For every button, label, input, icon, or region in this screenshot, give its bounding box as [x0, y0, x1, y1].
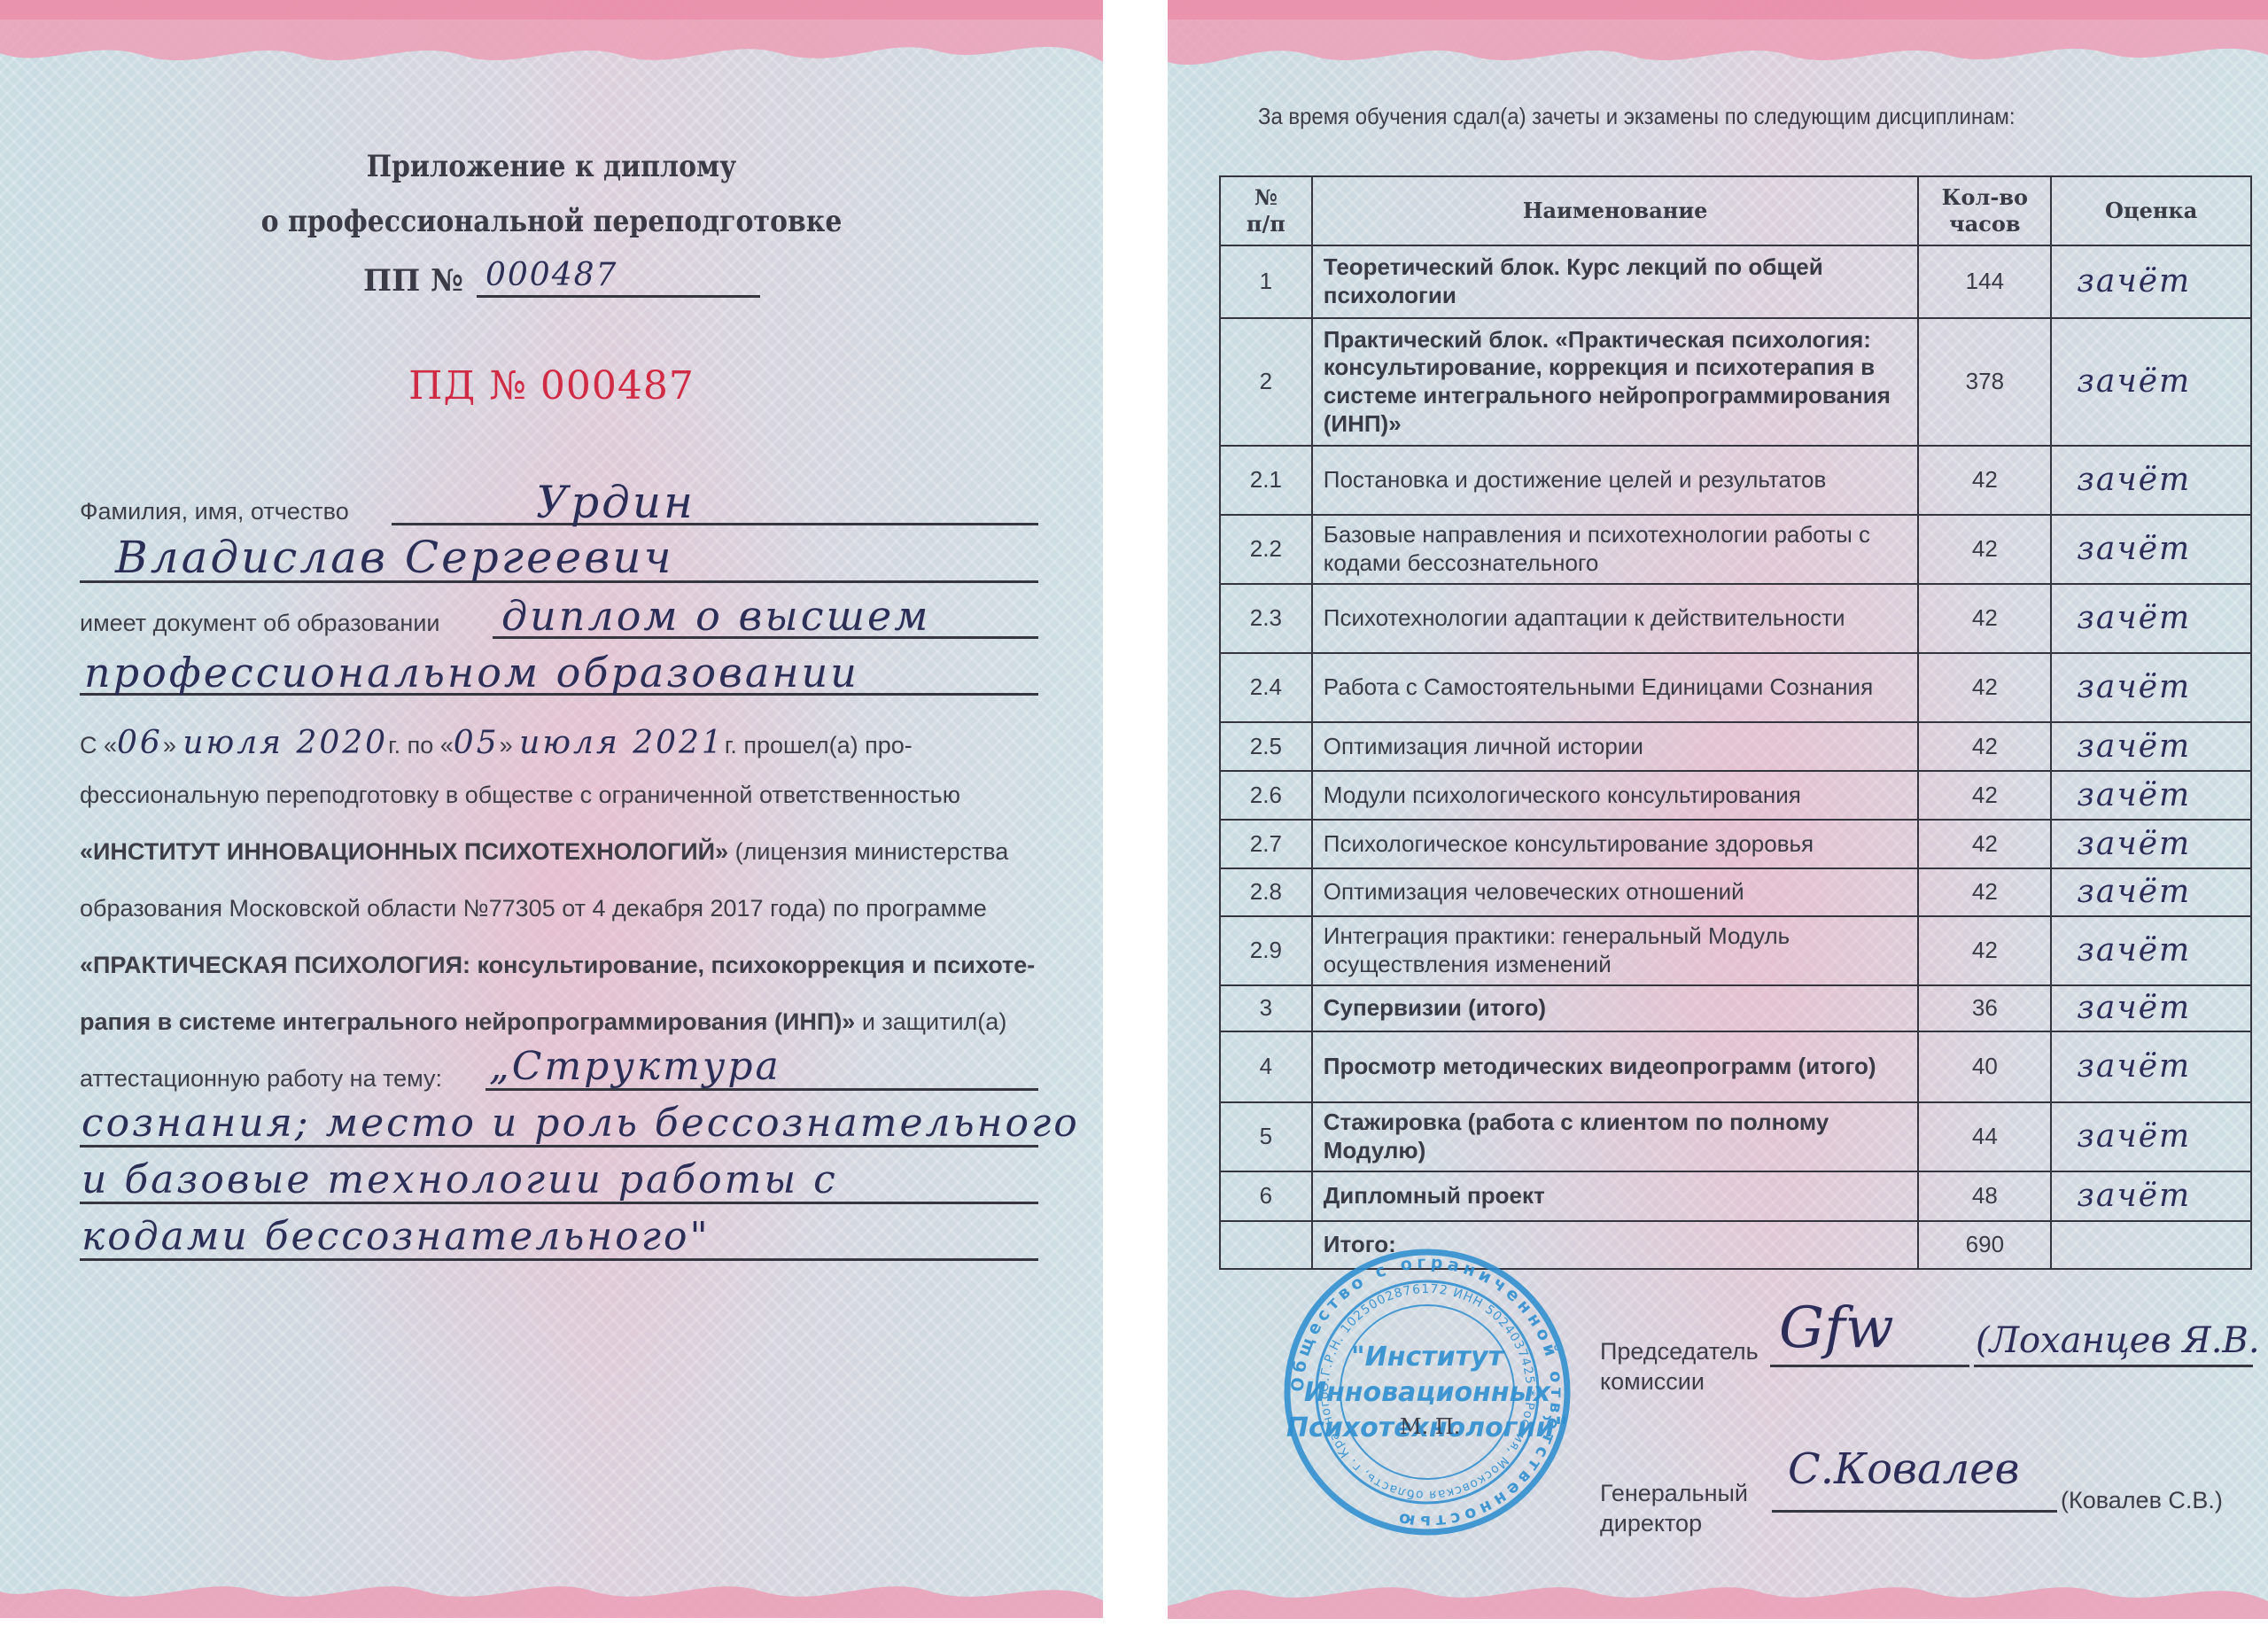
header-number: № п/п [1220, 176, 1312, 245]
name-handwritten: Владислав Сергеевич [115, 532, 674, 583]
hours-value: 42 [1918, 722, 2051, 771]
chairman-label: Председатель комиссии [1600, 1336, 1759, 1397]
chairman-name-line [1974, 1365, 2253, 1367]
discipline-name: Стажировка (работа с клиентом по полному… [1312, 1102, 1919, 1171]
period-to-day: 05 [454, 725, 500, 761]
table-row: 2.3Психотехнологии адаптации к действите… [1220, 584, 2251, 653]
table-row: 5Стажировка (работа с клиентом по полном… [1220, 1102, 2251, 1171]
grade-value: зачёт [2051, 1031, 2251, 1102]
director-name: (Ковалев С.В.) [2061, 1485, 2223, 1515]
fio-underline-1 [392, 523, 1038, 525]
stamp-center-line-2: Инновационных [1304, 1377, 1552, 1408]
grade-value: зачёт [2051, 1102, 2251, 1171]
pp-number-field: 000487 [477, 259, 760, 298]
pd-number: ПД № 000487 [0, 363, 1103, 408]
grade-value: зачёт [2051, 245, 2251, 318]
chairman-label-2: комиссии [1600, 1366, 1759, 1397]
period-from-day: 06 [117, 725, 163, 761]
row-number: 2 [1220, 318, 1312, 446]
grade-handwritten: зачёт [2052, 531, 2191, 567]
table-row: 1Теоретический блок. Курс лекций по обще… [1220, 245, 2251, 318]
table-row: 2Практический блок. «Практическая психол… [1220, 318, 2251, 446]
quote-close: » [163, 732, 183, 759]
defended-text: и защитил(а) [855, 1008, 1006, 1035]
grade-value: зачёт [2051, 868, 2251, 916]
institute-name: «ИНСТИТУТ ИННОВАЦИОННЫХ ПСИХОТЕХНОЛОГИЙ» [80, 838, 728, 865]
discipline-name: Практический блок. «Практическая психоло… [1312, 318, 1919, 446]
row-number: 2.4 [1220, 653, 1312, 722]
hours-value: 42 [1918, 515, 2051, 584]
grade-value: зачёт [2051, 916, 2251, 985]
thesis-handwritten-4: кодами бессознательного" [82, 1214, 711, 1259]
period-to-prefix: г. по « [388, 732, 454, 759]
grade-value: зачёт [2051, 446, 2251, 515]
table-row: 4Просмотр методических видеопрограмм (ит… [1220, 1031, 2251, 1102]
grade-value: зачёт [2051, 515, 2251, 584]
row-number: 2.6 [1220, 771, 1312, 820]
hours-value: 378 [1918, 318, 2051, 446]
stamp-center-line-1: "Институт [1351, 1342, 1505, 1373]
row-number: 2.7 [1220, 820, 1312, 868]
row-number: 5 [1220, 1102, 1312, 1171]
grade-value: зачёт [2051, 820, 2251, 868]
grade-handwritten: зачёт [2052, 874, 2191, 910]
license-text: (лицензия министерства [728, 838, 1008, 865]
grade-handwritten [2052, 1226, 2077, 1263]
security-wave-top [0, 0, 1103, 80]
hours-value: 44 [1918, 1102, 2051, 1171]
discipline-name: Психотехнологии адаптации к действительн… [1312, 584, 1919, 653]
period-from-month-year: июля 2020 [183, 725, 388, 761]
hours-value: 42 [1918, 868, 2051, 916]
grade-handwritten: зачёт [2052, 462, 2191, 498]
mp-label: М. П. [1400, 1414, 1460, 1439]
program-name-line-1: «ПРАКТИЧЕСКАЯ ПСИХОЛОГИЯ: консультирован… [80, 952, 1035, 979]
chairman-signature-line [1770, 1365, 1969, 1367]
disciplines-intro: За время обучения сдал(а) зачеты и экзам… [1258, 103, 2016, 130]
body-line-3: «ИНСТИТУТ ИННОВАЦИОННЫХ ПСИХОТЕХНОЛОГИЙ»… [80, 838, 1008, 866]
table-row: 2.8Оптимизация человеческих отношений42з… [1220, 868, 2251, 916]
row-number: 2.1 [1220, 446, 1312, 515]
discipline-name: Оптимизация личной истории [1312, 722, 1919, 771]
security-wave-bottom [0, 1565, 1103, 1618]
fio-label: Фамилия, имя, отчество [80, 498, 349, 525]
grade-handwritten: зачёт [2052, 990, 2191, 1026]
body-line-2: фессиональную переподготовку в обществе … [80, 782, 960, 809]
grade-handwritten: зачёт [2052, 263, 2191, 300]
grade-value: зачёт [2051, 722, 2251, 771]
hours-value: 42 [1918, 653, 2051, 722]
period-suffix: г. прошел(а) про- [725, 732, 913, 759]
row-number: 2.3 [1220, 584, 1312, 653]
grade-value: зачёт [2051, 584, 2251, 653]
hours-value: 48 [1918, 1171, 2051, 1221]
chairman-label-1: Председатель [1600, 1336, 1759, 1366]
table-row: 3Супервизии (итого)36зачёт [1220, 985, 2251, 1031]
grade-handwritten: зачёт [2052, 1048, 2191, 1085]
header-hours: Кол-во часов [1918, 176, 2051, 245]
grade-handwritten: зачёт [2052, 777, 2191, 813]
title-line-1: Приложение к диплому [66, 149, 1037, 184]
hours-value: 690 [1918, 1221, 2051, 1269]
thesis-handwritten-2: сознания; место и роль бессознательного [82, 1101, 1080, 1146]
table-row: 2.7Психологическое консультирование здор… [1220, 820, 2251, 868]
header-grade: Оценка [2051, 176, 2251, 245]
grade-handwritten: зачёт [2052, 1118, 2191, 1155]
row-number: 2.5 [1220, 722, 1312, 771]
period-line: С «06» июля 2020г. по «05» июля 2021г. п… [80, 725, 913, 761]
education-doc-handwritten-1: диплом о высшем [501, 592, 930, 640]
grade-handwritten: зачёт [2052, 1178, 2191, 1214]
security-wave-top-right [1168, 0, 2268, 80]
grade-value: зачёт [2051, 1171, 2251, 1221]
grade-value: зачёт [2051, 653, 2251, 722]
header-name: Наименование [1312, 176, 1919, 245]
hours-value: 40 [1918, 1031, 2051, 1102]
row-number: 3 [1220, 985, 1312, 1031]
director-signature-line [1772, 1510, 2057, 1513]
security-wave-bottom-right [1168, 1566, 2268, 1619]
grade-value: зачёт [2051, 985, 2251, 1031]
body-line-6: рапия в системе интегрального нейропрогр… [80, 1008, 1006, 1036]
table-row: 6Дипломный проект48зачёт [1220, 1171, 2251, 1221]
table-row: 2.1Постановка и достижение целей и резул… [1220, 446, 2251, 515]
grade-handwritten: зачёт [2052, 669, 2191, 705]
hours-value: 42 [1918, 446, 2051, 515]
discipline-name: Теоретический блок. Курс лекций по общей… [1312, 245, 1919, 318]
director-signature: С.Ковалев [1788, 1444, 2020, 1494]
director-label-2: директор [1600, 1508, 1748, 1538]
period-from-prefix: С « [80, 732, 117, 759]
chairman-signature: Gfw [1779, 1296, 1894, 1361]
hours-value: 42 [1918, 916, 2051, 985]
discipline-name: Просмотр методических видеопрограмм (ито… [1312, 1031, 1919, 1102]
director-label-1: Генеральный [1600, 1478, 1748, 1508]
table-body: 1Теоретический блок. Курс лекций по обще… [1220, 245, 2251, 1269]
table-row: 2.9Интеграция практики: генеральный Моду… [1220, 916, 2251, 985]
thesis-label: аттестационную работу на тему: [80, 1065, 442, 1093]
grade-handwritten: зачёт [2052, 932, 2191, 969]
body-line-4: образования Московской области №77305 от… [80, 895, 987, 922]
discipline-name: Супервизии (итого) [1312, 985, 1919, 1031]
row-number: 4 [1220, 1031, 1312, 1102]
discipline-name: Модули психологического консультирования [1312, 771, 1919, 820]
pp-label: ПП № [363, 263, 463, 299]
discipline-name: Психологическое консультирование здоровь… [1312, 820, 1919, 868]
director-label: Генеральный директор [1600, 1478, 1748, 1538]
discipline-name: Интеграция практики: генеральный Модуль … [1312, 916, 1919, 985]
period-to-month-year: июля 2021 [519, 725, 725, 761]
hours-value: 36 [1918, 985, 2051, 1031]
organization-stamp: Общество с ограниченной ответственностью… [1281, 1246, 1573, 1538]
grade-value [2051, 1221, 2251, 1269]
quote-close-2: » [500, 732, 520, 759]
hours-value: 42 [1918, 771, 2051, 820]
thesis-handwritten-3: и базовые технологии работы с [82, 1157, 838, 1202]
row-number: 2.9 [1220, 916, 1312, 985]
hours-value: 42 [1918, 584, 2051, 653]
education-doc-handwritten-2: профессиональном образовании [84, 649, 859, 696]
discipline-name: Дипломный проект [1312, 1171, 1919, 1221]
education-doc-label: имеет документ об образовании [80, 610, 440, 637]
discipline-name: Постановка и достижение целей и результа… [1312, 446, 1919, 515]
grade-handwritten: зачёт [2052, 363, 2191, 400]
table-row: 2.2Базовые направления и психотехнологии… [1220, 515, 2251, 584]
discipline-name: Работа с Самостоятельными Единицами Созн… [1312, 653, 1919, 722]
diploma-appendix-right-page: За время обучения сдал(а) зачеты и экзам… [1168, 0, 2268, 1619]
discipline-name: Базовые направления и психотехнологии ра… [1312, 515, 1919, 584]
row-number: 2.2 [1220, 515, 1312, 584]
table-row: 2.6Модули психологического консультирова… [1220, 771, 2251, 820]
row-number: 1 [1220, 245, 1312, 318]
discipline-name: Оптимизация человеческих отношений [1312, 868, 1919, 916]
diploma-appendix-left-page: Приложение к диплому о профессиональной … [0, 0, 1103, 1618]
thesis-handwritten-1: „Структура [489, 1044, 781, 1089]
grade-value: зачёт [2051, 318, 2251, 446]
table-row: 2.5Оптимизация личной истории42зачёт [1220, 722, 2251, 771]
chairman-name-handwritten: (Лоханцев Я.В. [1976, 1320, 2260, 1361]
grade-handwritten: зачёт [2052, 600, 2191, 636]
hours-value: 144 [1918, 245, 2051, 318]
title-line-2: о профессиональной переподготовке [66, 204, 1037, 239]
grade-handwritten: зачёт [2052, 728, 2191, 765]
row-number: 2.8 [1220, 868, 1312, 916]
row-number: 6 [1220, 1171, 1312, 1221]
hours-value: 42 [1918, 820, 2051, 868]
table-header-row: № п/п Наименование Кол-во часов Оценка [1220, 176, 2251, 245]
pp-number-handwritten: 000487 [485, 257, 617, 293]
surname-handwritten: Урдин [536, 477, 695, 528]
program-name-line-2: рапия в системе интегрального нейропрогр… [80, 1008, 855, 1035]
disciplines-table: № п/п Наименование Кол-во часов Оценка 1… [1219, 175, 2252, 1270]
grade-value: зачёт [2051, 771, 2251, 820]
grade-handwritten: зачёт [2052, 826, 2191, 862]
table-row: 2.4Работа с Самостоятельными Единицами С… [1220, 653, 2251, 722]
